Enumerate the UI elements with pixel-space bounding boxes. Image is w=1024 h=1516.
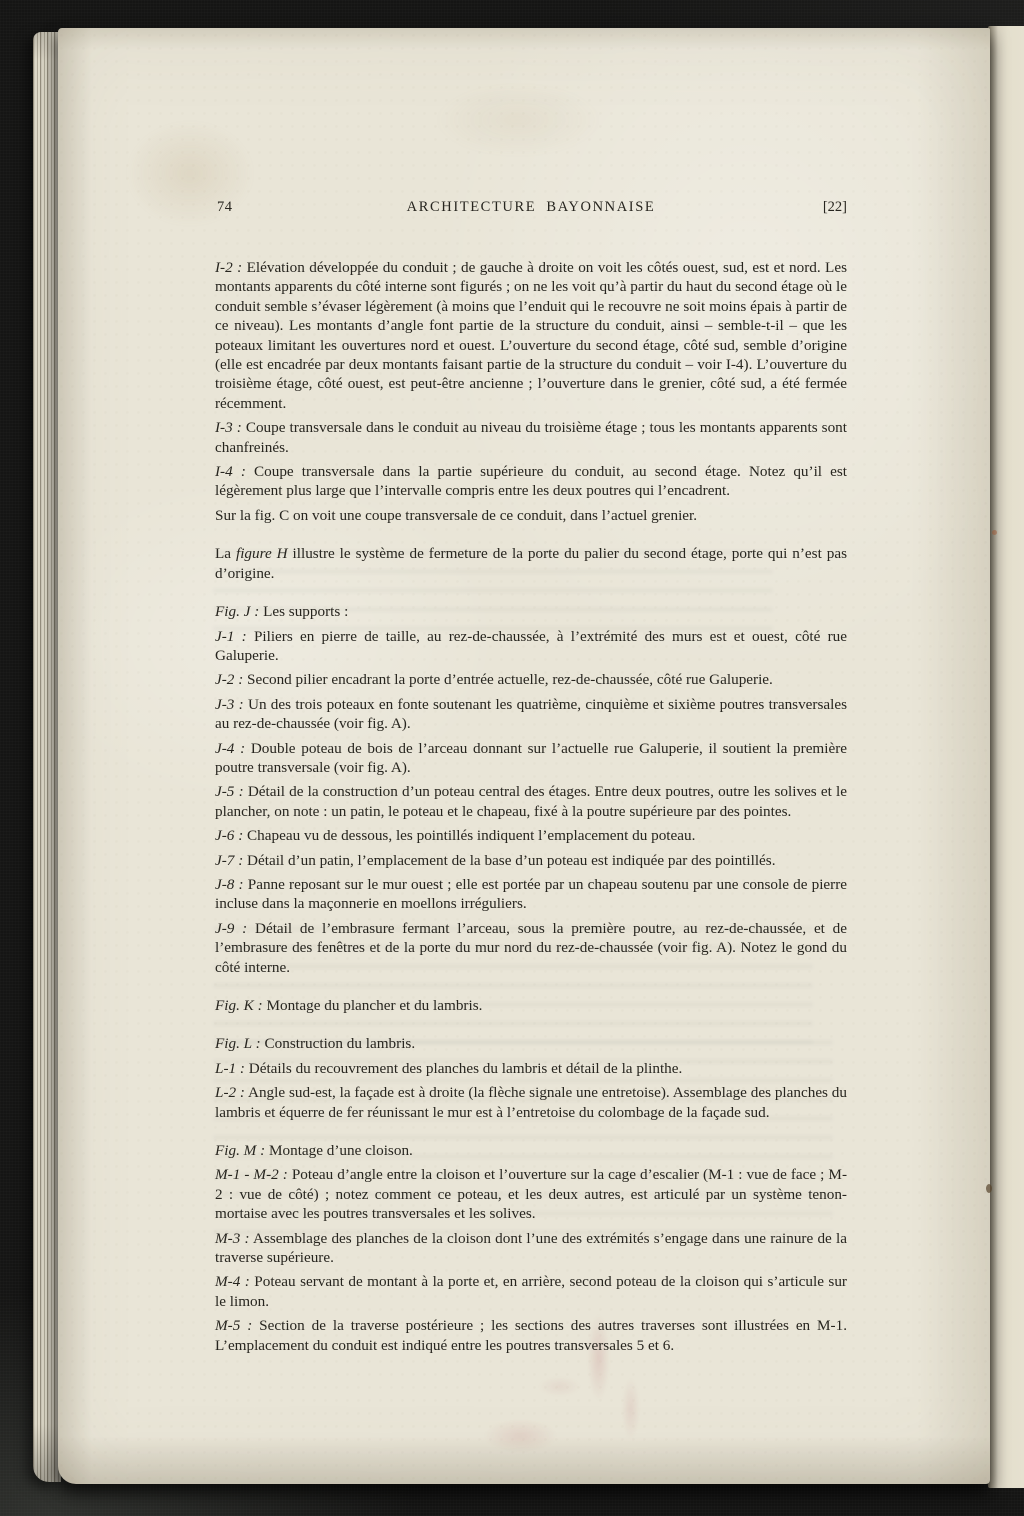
- entry-text: Détail de l’embrasure fermant l’arceau, …: [215, 920, 847, 976]
- page-header: 74 ARCHITECTURE BAYONNAISE [22]: [215, 198, 847, 218]
- entry-text: Détails du recouvrement des planches du …: [249, 1060, 683, 1077]
- entry-label: I-3 :: [215, 419, 242, 436]
- entry-m3: M-3 : Assemblage des planches de la cloi…: [215, 1229, 847, 1268]
- text-block: I-2 : Elévation développée du conduit ; …: [215, 258, 847, 1355]
- entry-label: M-3 :: [215, 1230, 250, 1247]
- entry-text: Construction du lambris.: [265, 1035, 416, 1052]
- entry-m1-m2: M-1 - M-2 : Poteau d’angle entre la cloi…: [215, 1165, 847, 1223]
- entry-text: Chapeau vu de dessous, les pointillés in…: [247, 827, 695, 844]
- entry-label: L-1 :: [215, 1060, 245, 1077]
- entry-text: Elévation développée du conduit ; de gau…: [215, 259, 847, 412]
- entry-label: J-2 :: [215, 671, 243, 688]
- entry-i4: I-4 : Coupe transversale dans la partie …: [215, 462, 847, 501]
- paper-stain: [428, 80, 608, 160]
- section-fig-m: Fig. M : Montage d’une cloison.: [215, 1141, 847, 1160]
- entry-text: Angle sud-est, la façade est à droite (l…: [215, 1084, 847, 1120]
- entry-j5: J-5 : Détail de la construction d’un pot…: [215, 782, 847, 821]
- entry-text: Assemblage des planches de la cloison do…: [215, 1230, 847, 1266]
- entry-j4: J-4 : Double poteau de bois de l’arceau …: [215, 739, 847, 778]
- entry-label: M-4 :: [215, 1273, 250, 1290]
- entry-j1: J-1 : Piliers en pierre de taille, au re…: [215, 627, 847, 666]
- entry-label: M-1 - M-2 :: [215, 1166, 288, 1183]
- running-title: ARCHITECTURE BAYONNAISE: [215, 198, 847, 217]
- entry-label: J-4 :: [215, 740, 245, 757]
- entry-text: La: [215, 545, 236, 562]
- photo-background: 74 ARCHITECTURE BAYONNAISE [22] I-2 : El…: [0, 0, 1024, 1516]
- entry-label: Fig. M :: [215, 1142, 265, 1159]
- entry-j3: J-3 : Un des trois poteaux en fonte sout…: [215, 695, 847, 734]
- entry-label: J-3 :: [215, 696, 244, 713]
- entry-label: J-8 :: [215, 876, 244, 893]
- entry-text: Détail d’un patin, l’emplacement de la b…: [247, 852, 775, 869]
- note-figure-h: La figure H illustre le système de ferme…: [215, 544, 847, 583]
- entry-text: Coupe transversale dans la partie supéri…: [215, 463, 847, 499]
- entry-label: L-2 :: [215, 1084, 245, 1101]
- entry-text: Piliers en pierre de taille, au rez-de-c…: [215, 628, 847, 664]
- section-fig-j: Fig. J : Les supports :: [215, 602, 847, 621]
- printed-content: 74 ARCHITECTURE BAYONNAISE [22] I-2 : El…: [215, 198, 847, 1360]
- entry-label: J-9 :: [215, 920, 247, 937]
- entry-label: I-2 :: [215, 259, 242, 276]
- entry-label: J-6 :: [215, 827, 243, 844]
- entry-text: Sur la fig. C on voit une coupe transver…: [215, 507, 697, 524]
- entry-j7: J-7 : Détail d’un patin, l’emplacement d…: [215, 851, 847, 870]
- entry-text: Panne reposant sur le mur ouest ; elle e…: [215, 876, 847, 912]
- entry-text: Poteau servant de montant à la porte et,…: [215, 1273, 847, 1309]
- entry-label: J-5 :: [215, 783, 244, 800]
- section-fig-l: Fig. L : Construction du lambris.: [215, 1034, 847, 1053]
- entry-text: Montage du plancher et du lambris.: [266, 997, 482, 1014]
- entry-j8: J-8 : Panne reposant sur le mur ouest ; …: [215, 875, 847, 914]
- entry-text: Un des trois poteaux en fonte soutenant …: [215, 696, 847, 732]
- entry-m5: M-5 : Section de la traverse postérieure…: [215, 1316, 847, 1355]
- article-number: [22]: [823, 198, 847, 217]
- figure-reference: figure H: [236, 545, 288, 562]
- entry-i3: I-3 : Coupe transversale dans le conduit…: [215, 418, 847, 457]
- entry-label: J-7 :: [215, 852, 243, 869]
- page-stack-edges: [33, 32, 61, 1482]
- entry-label: J-1 :: [215, 628, 247, 645]
- entry-text: Montage d’une cloison.: [269, 1142, 413, 1159]
- entry-i2: I-2 : Elévation développée du conduit ; …: [215, 258, 847, 413]
- section-fig-k: Fig. K : Montage du plancher et du lambr…: [215, 996, 847, 1015]
- entry-text: Les supports :: [263, 603, 348, 620]
- entry-text: Poteau d’angle entre la cloison et l’ouv…: [215, 1166, 847, 1222]
- entry-text: Détail de la construction d’un poteau ce…: [215, 783, 847, 819]
- entry-label: Fig. J :: [215, 603, 259, 620]
- entry-label: I-4 :: [215, 463, 246, 480]
- entry-label: Fig. K :: [215, 997, 263, 1014]
- entry-m4: M-4 : Poteau servant de montant à la por…: [215, 1272, 847, 1311]
- entry-j6: J-6 : Chapeau vu de dessous, les pointil…: [215, 826, 847, 845]
- entry-text: Coupe transversale dans le conduit au ni…: [215, 419, 847, 455]
- entry-label: Fig. L :: [215, 1035, 261, 1052]
- entry-text: illustre le système de fermeture de la p…: [215, 545, 847, 581]
- entry-text: Double poteau de bois de l’arceau donnan…: [215, 740, 847, 776]
- next-page-edge: [988, 26, 1024, 1488]
- book-page: 74 ARCHITECTURE BAYONNAISE [22] I-2 : El…: [58, 28, 990, 1484]
- entry-label: M-5 :: [215, 1317, 252, 1334]
- entry-l2: L-2 : Angle sud-est, la façade est à dro…: [215, 1083, 847, 1122]
- entry-j2: J-2 : Second pilier encadrant la porte d…: [215, 670, 847, 689]
- entry-text: Second pilier encadrant la porte d’entré…: [247, 671, 773, 688]
- note-fig-c: Sur la fig. C on voit une coupe transver…: [215, 506, 847, 525]
- entry-text: Section de la traverse postérieure ; les…: [215, 1317, 847, 1353]
- entry-j9: J-9 : Détail de l’embrasure fermant l’ar…: [215, 919, 847, 977]
- entry-l1: L-1 : Détails du recouvrement des planch…: [215, 1059, 847, 1078]
